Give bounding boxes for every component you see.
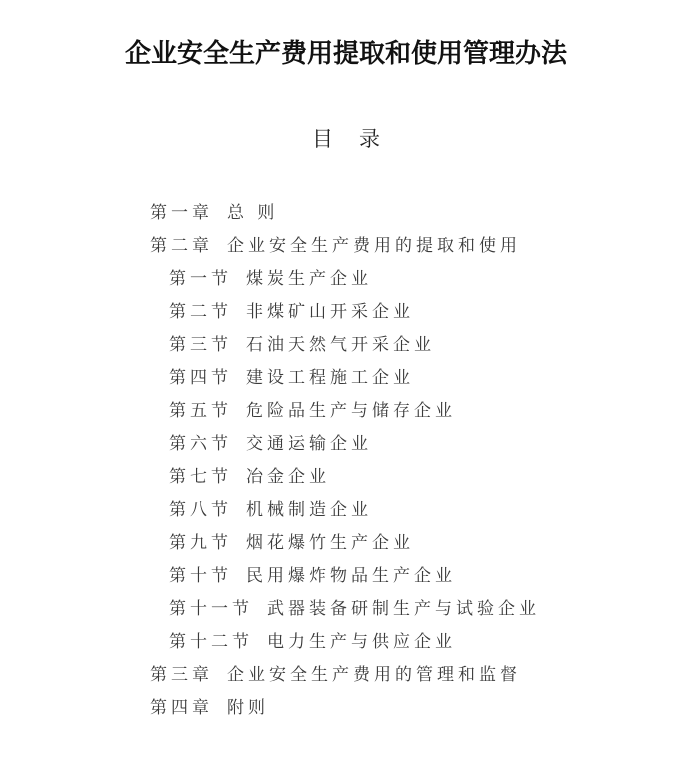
toc-label: 建设工程施工企业 xyxy=(246,363,414,388)
toc-number: 第一节 xyxy=(169,264,232,289)
toc-label: 民用爆炸物品生产企业 xyxy=(246,561,456,586)
toc-number: 第八节 xyxy=(169,495,232,520)
toc-label: 附则 xyxy=(227,693,269,718)
toc-number: 第三节 xyxy=(169,330,232,355)
document-title: 企业安全生产费用提取和使用管理办法 xyxy=(0,33,692,70)
toc-label: 企业安全生产费用的管理和监督 xyxy=(227,660,521,685)
toc-section-4: 第四节建设工程施工企业 xyxy=(169,363,414,393)
toc-label: 石油天然气开采企业 xyxy=(246,330,435,355)
toc-section-7: 第七节冶金企业 xyxy=(169,462,330,492)
toc-section-11: 第十一节武器装备研制生产与试验企业 xyxy=(169,594,540,624)
toc-number: 第五节 xyxy=(169,396,232,421)
toc-number: 第一章 xyxy=(150,198,213,223)
toc-number: 第四节 xyxy=(169,363,232,388)
toc-label: 武器装备研制生产与试验企业 xyxy=(267,594,540,619)
toc-section-8: 第八节机械制造企业 xyxy=(169,495,372,525)
toc-chapter-2: 第二章企业安全生产费用的提取和使用 xyxy=(150,231,521,261)
toc-number: 第九节 xyxy=(169,528,232,553)
toc-label: 危险品生产与储存企业 xyxy=(246,396,456,421)
toc-section-12: 第十二节电力生产与供应企业 xyxy=(169,627,456,657)
toc-label: 冶金企业 xyxy=(246,462,330,487)
toc-number: 第十二节 xyxy=(169,627,253,652)
toc-number: 第二节 xyxy=(169,297,232,322)
toc-chapter-3: 第三章企业安全生产费用的管理和监督 xyxy=(150,660,521,690)
toc-heading-char-1: 目 xyxy=(312,123,333,153)
toc-label: 机械制造企业 xyxy=(246,495,372,520)
toc-heading-char-2: 录 xyxy=(359,123,380,153)
toc-chapter-1: 第一章总 则 xyxy=(150,198,278,228)
toc-label: 交通运输企业 xyxy=(246,429,372,454)
toc-label: 总 则 xyxy=(227,198,278,223)
toc-label: 企业安全生产费用的提取和使用 xyxy=(227,231,521,256)
toc-number: 第三章 xyxy=(150,660,213,685)
toc-number: 第二章 xyxy=(150,231,213,256)
toc-section-3: 第三节石油天然气开采企业 xyxy=(169,330,435,360)
toc-number: 第四章 xyxy=(150,693,213,718)
toc-section-10: 第十节民用爆炸物品生产企业 xyxy=(169,561,456,591)
toc-number: 第六节 xyxy=(169,429,232,454)
toc-section-5: 第五节危险品生产与储存企业 xyxy=(169,396,456,426)
toc-label: 电力生产与供应企业 xyxy=(267,627,456,652)
toc-heading: 目录 xyxy=(0,123,692,153)
toc-label: 烟花爆竹生产企业 xyxy=(246,528,414,553)
toc-section-1: 第一节煤炭生产企业 xyxy=(169,264,372,294)
toc-number: 第七节 xyxy=(169,462,232,487)
toc-number: 第十节 xyxy=(169,561,232,586)
toc-label: 非煤矿山开采企业 xyxy=(246,297,414,322)
toc-section-9: 第九节烟花爆竹生产企业 xyxy=(169,528,414,558)
toc-section-6: 第六节交通运输企业 xyxy=(169,429,372,459)
toc-section-2: 第二节非煤矿山开采企业 xyxy=(169,297,414,327)
toc-number: 第十一节 xyxy=(169,594,253,619)
toc-chapter-4: 第四章附则 xyxy=(150,693,269,723)
toc-label: 煤炭生产企业 xyxy=(246,264,372,289)
